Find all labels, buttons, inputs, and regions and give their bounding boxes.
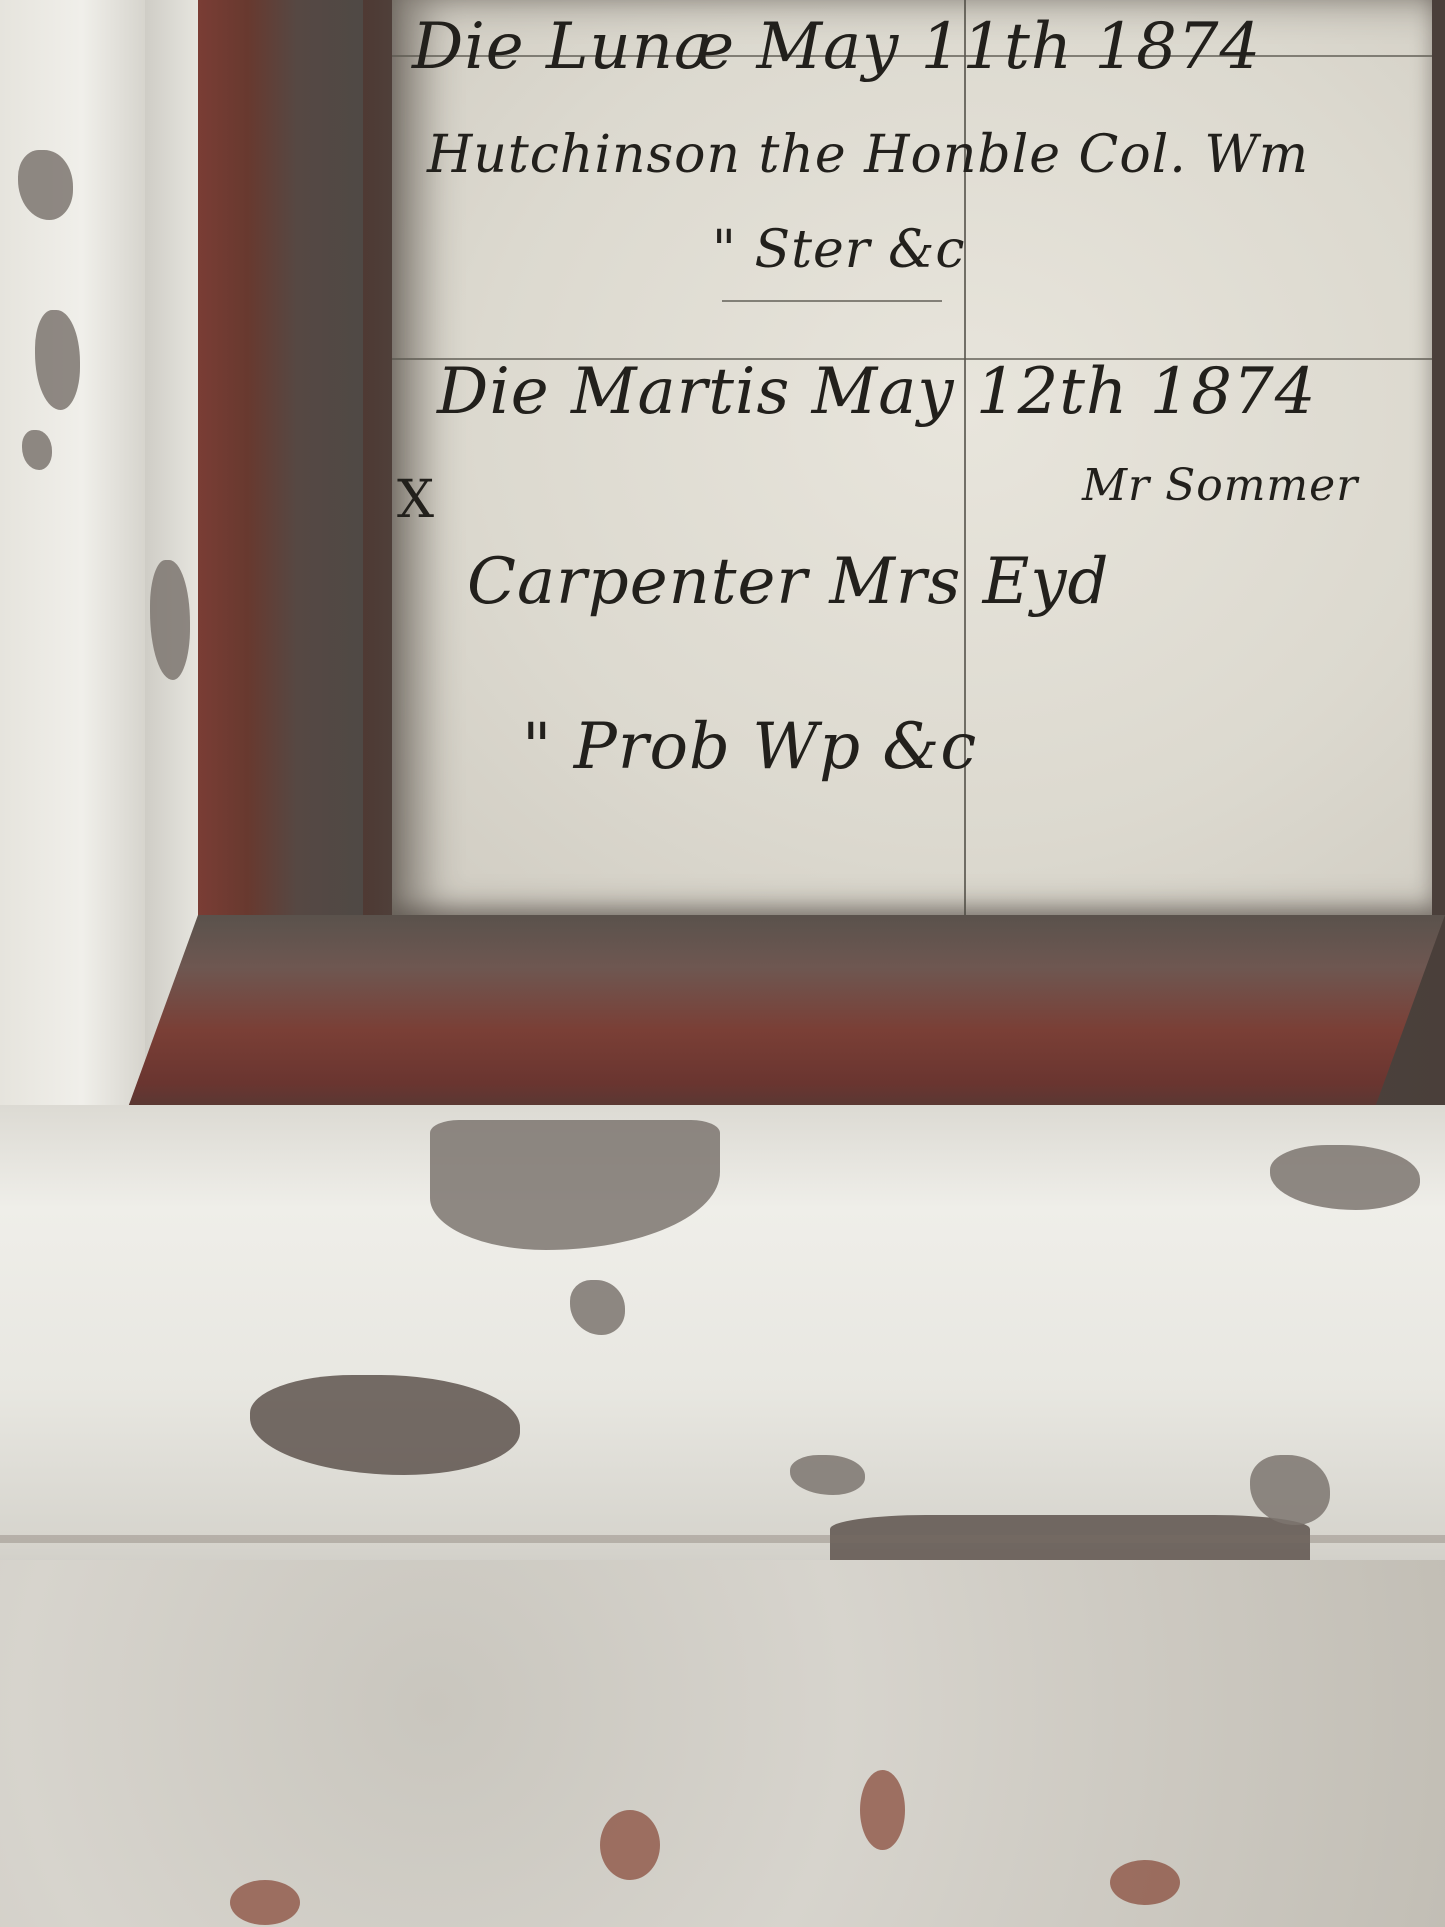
rust-stain <box>860 1770 905 1850</box>
entry-date-1: Die Lunæ May 11th 1874 <box>412 10 1261 84</box>
entry-name-2: Mr Sommer <box>1082 460 1358 511</box>
entry-name-3: Carpenter Mrs Eyd <box>467 545 1109 619</box>
photo-scene: Die Lunæ May 11th 1874 Hutchinson the Ho… <box>0 0 1445 1927</box>
margin-mark: X <box>397 470 435 530</box>
sill-edge-shadow <box>0 1535 1445 1543</box>
entry-note-2: " Prob Wp &c <box>522 710 977 784</box>
paint-chip <box>18 150 73 220</box>
frame-bottom-rail <box>122 915 1445 1125</box>
plaster-wall <box>0 1560 1445 1927</box>
paint-chip <box>570 1280 625 1335</box>
paint-chip <box>790 1455 865 1495</box>
white-sill-molding <box>0 1105 1445 1620</box>
rust-stain <box>600 1810 660 1880</box>
underline <box>722 300 942 302</box>
paint-chip <box>1270 1145 1420 1210</box>
rust-stain <box>230 1880 300 1925</box>
paint-chip <box>1250 1455 1330 1525</box>
ledger-page: Die Lunæ May 11th 1874 Hutchinson the Ho… <box>392 0 1432 918</box>
entry-note-1: " Ster &c <box>712 220 966 280</box>
rust-stain <box>1110 1860 1180 1905</box>
paint-chip <box>250 1375 520 1475</box>
entry-name-1: Hutchinson the Honble Col. Wm <box>427 125 1309 185</box>
paint-chip <box>35 310 80 410</box>
entry-date-2: Die Martis May 12th 1874 <box>437 355 1316 429</box>
paint-chip <box>430 1120 720 1250</box>
paint-chip <box>22 430 52 470</box>
